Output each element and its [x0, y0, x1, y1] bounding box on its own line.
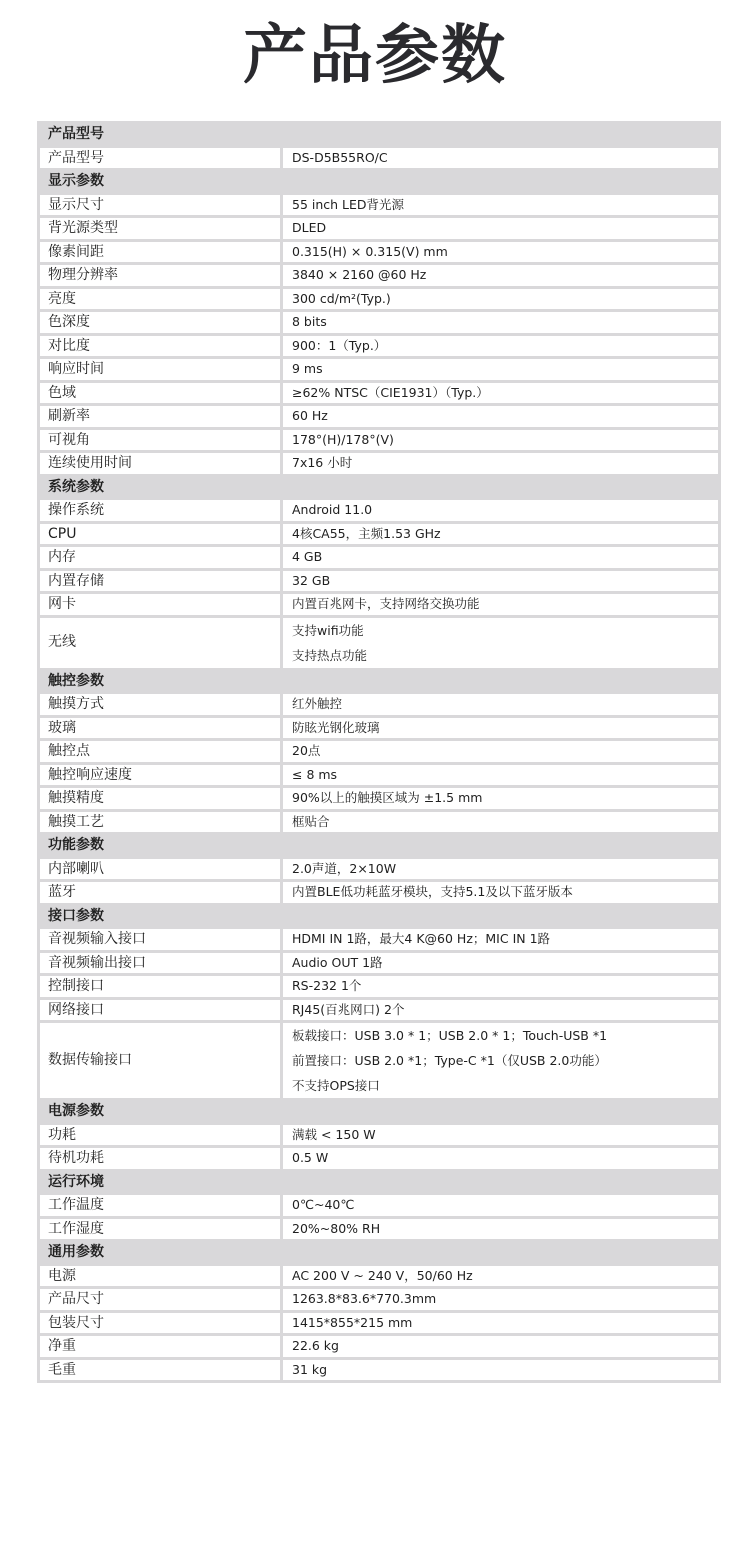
spec-value: 300 cd/m²(Typ.) — [282, 287, 720, 311]
section-header: 接口参数 — [39, 904, 720, 928]
spec-value-line: 0.5 W — [292, 1150, 328, 1165]
spec-label: 背光源类型 — [39, 217, 282, 241]
section-header-row: 电源参数 — [39, 1100, 720, 1124]
spec-label: 内置存储 — [39, 569, 282, 593]
spec-value: HDMI IN 1路，最大4 K@60 Hz；MIC IN 1路 — [282, 928, 720, 952]
spec-value-line: 178°(H)/178°(V) — [292, 432, 394, 447]
table-row: 触摸精度90%以上的触摸区域为 ±1.5 mm — [39, 787, 720, 811]
table-row: CPU4核CA55，主频1.53 GHz — [39, 522, 720, 546]
spec-label: 触控响应速度 — [39, 763, 282, 787]
spec-label: 色域 — [39, 381, 282, 405]
spec-value-line: 内置百兆网卡，支持网络交换功能 — [292, 596, 480, 611]
table-row: 色深度8 bits — [39, 311, 720, 335]
spec-value: 20点 — [282, 740, 720, 764]
table-row: 数据传输接口板载接口：USB 3.0 * 1；USB 2.0 * 1；Touch… — [39, 1022, 720, 1100]
spec-value: RJ45(百兆网口) 2个 — [282, 998, 720, 1022]
spec-value-line: 55 inch LED背光源 — [292, 197, 404, 212]
spec-value: 红外触控 — [282, 693, 720, 717]
table-row: 连续使用时间7x16 小时 — [39, 452, 720, 476]
spec-value-line: RJ45(百兆网口) 2个 — [292, 1002, 404, 1017]
spec-value: Audio OUT 1路 — [282, 951, 720, 975]
spec-value: ≥62% NTSC（CIE1931）（Typ.） — [282, 381, 720, 405]
table-row: 内存4 GB — [39, 546, 720, 570]
spec-value: 0.5 W — [282, 1147, 720, 1171]
spec-value: 55 inch LED背光源 — [282, 193, 720, 217]
spec-value: 4 GB — [282, 546, 720, 570]
spec-label: 待机功耗 — [39, 1147, 282, 1171]
spec-label: 产品尺寸 — [39, 1288, 282, 1312]
spec-value-line: 内置BLE低功耗蓝牙模块，支持5.1及以下蓝牙版本 — [292, 884, 573, 899]
spec-value-line: 20%~80% RH — [292, 1221, 380, 1236]
spec-label: 刷新率 — [39, 405, 282, 429]
spec-label: 可视角 — [39, 428, 282, 452]
spec-value-line: HDMI IN 1路，最大4 K@60 Hz；MIC IN 1路 — [292, 931, 550, 946]
spec-label: 网络接口 — [39, 998, 282, 1022]
table-row: 毛重31 kg — [39, 1358, 720, 1382]
section-header-row: 功能参数 — [39, 834, 720, 858]
spec-value: 防眩光钢化玻璃 — [282, 716, 720, 740]
spec-label: 玻璃 — [39, 716, 282, 740]
table-row: 色域≥62% NTSC（CIE1931）（Typ.） — [39, 381, 720, 405]
spec-value-line: 满载 < 150 W — [292, 1127, 376, 1142]
spec-label: 对比度 — [39, 334, 282, 358]
spec-label: 音视频输入接口 — [39, 928, 282, 952]
spec-value-line: 8 bits — [292, 314, 327, 329]
spec-table-body: 产品型号产品型号DS-D5B55RO/C显示参数显示尺寸55 inch LED背… — [39, 123, 720, 1382]
spec-value: 22.6 kg — [282, 1335, 720, 1359]
spec-value-line: 20点 — [292, 743, 320, 758]
section-header: 产品型号 — [39, 123, 720, 147]
table-row: 响应时间9 ms — [39, 358, 720, 382]
spec-value: DS-D5B55RO/C — [282, 146, 720, 170]
spec-value-line: 0.315(H) × 0.315(V) mm — [292, 244, 448, 259]
spec-value: 0℃~40℃ — [282, 1194, 720, 1218]
spec-value: 31 kg — [282, 1358, 720, 1382]
spec-value: 满载 < 150 W — [282, 1123, 720, 1147]
table-row: 像素间距0.315(H) × 0.315(V) mm — [39, 240, 720, 264]
spec-value: 4核CA55，主频1.53 GHz — [282, 522, 720, 546]
spec-value: 8 bits — [282, 311, 720, 335]
spec-label: 数据传输接口 — [39, 1022, 282, 1100]
spec-label: 产品型号 — [39, 146, 282, 170]
section-header-row: 运行环境 — [39, 1170, 720, 1194]
table-row: 电源AC 200 V ~ 240 V，50/60 Hz — [39, 1264, 720, 1288]
spec-value-line: ≤ 8 ms — [292, 767, 337, 782]
spec-label: 触摸精度 — [39, 787, 282, 811]
spec-label: 包装尺寸 — [39, 1311, 282, 1335]
spec-value: 1415*855*215 mm — [282, 1311, 720, 1335]
spec-value-line: 红外触控 — [292, 696, 342, 711]
table-row: 工作湿度20%~80% RH — [39, 1217, 720, 1241]
spec-value-line: 前置接口：USB 2.0 *1；Type-C *1（仅USB 2.0功能） — [292, 1048, 710, 1073]
spec-label: 音视频输出接口 — [39, 951, 282, 975]
spec-table: 产品型号产品型号DS-D5B55RO/C显示参数显示尺寸55 inch LED背… — [37, 121, 721, 1383]
spec-value-line: 60 Hz — [292, 408, 328, 423]
spec-label: 内部喇叭 — [39, 857, 282, 881]
table-row: 工作温度0℃~40℃ — [39, 1194, 720, 1218]
spec-label: 电源 — [39, 1264, 282, 1288]
spec-value: 0.315(H) × 0.315(V) mm — [282, 240, 720, 264]
section-header: 电源参数 — [39, 1100, 720, 1124]
spec-value-line: 1415*855*215 mm — [292, 1315, 412, 1330]
spec-value: 3840 × 2160 @60 Hz — [282, 264, 720, 288]
spec-label: 工作湿度 — [39, 1217, 282, 1241]
section-header: 显示参数 — [39, 170, 720, 194]
spec-value: 90%以上的触摸区域为 ±1.5 mm — [282, 787, 720, 811]
spec-value: 2.0声道，2×10W — [282, 857, 720, 881]
table-row: 亮度300 cd/m²(Typ.) — [39, 287, 720, 311]
table-row: 可视角178°(H)/178°(V) — [39, 428, 720, 452]
spec-label: 工作温度 — [39, 1194, 282, 1218]
table-row: 音视频输出接口Audio OUT 1路 — [39, 951, 720, 975]
table-row: 触摸方式红外触控 — [39, 693, 720, 717]
table-row: 刷新率60 Hz — [39, 405, 720, 429]
spec-value-line: 4 GB — [292, 549, 322, 564]
spec-value: ≤ 8 ms — [282, 763, 720, 787]
table-row: 背光源类型DLED — [39, 217, 720, 241]
spec-label: 触摸方式 — [39, 693, 282, 717]
spec-label: 显示尺寸 — [39, 193, 282, 217]
table-row: 网络接口RJ45(百兆网口) 2个 — [39, 998, 720, 1022]
spec-label: 净重 — [39, 1335, 282, 1359]
section-header-row: 产品型号 — [39, 123, 720, 147]
spec-value: 9 ms — [282, 358, 720, 382]
table-row: 触控点20点 — [39, 740, 720, 764]
page-title: 产品参数 — [0, 12, 750, 100]
spec-value-line: 7x16 小时 — [292, 455, 352, 470]
spec-value: RS-232 1个 — [282, 975, 720, 999]
spec-value-line: DLED — [292, 220, 326, 235]
spec-value-line: DS-D5B55RO/C — [292, 150, 388, 165]
spec-label: 响应时间 — [39, 358, 282, 382]
spec-value: 60 Hz — [282, 405, 720, 429]
spec-value: DLED — [282, 217, 720, 241]
section-header: 通用参数 — [39, 1241, 720, 1265]
spec-label: 触摸工艺 — [39, 810, 282, 834]
spec-value-line: 22.6 kg — [292, 1338, 339, 1353]
spec-value-line: 1263.8*83.6*770.3mm — [292, 1291, 436, 1306]
spec-label: 像素间距 — [39, 240, 282, 264]
spec-label: 内存 — [39, 546, 282, 570]
spec-value: 178°(H)/178°(V) — [282, 428, 720, 452]
spec-value-line: 3840 × 2160 @60 Hz — [292, 267, 426, 282]
spec-value: 板载接口：USB 3.0 * 1；USB 2.0 * 1；Touch-USB *… — [282, 1022, 720, 1100]
section-header-row: 通用参数 — [39, 1241, 720, 1265]
table-row: 触摸工艺框贴合 — [39, 810, 720, 834]
table-row: 无线支持wifi功能支持热点功能 — [39, 616, 720, 669]
spec-label: 色深度 — [39, 311, 282, 335]
spec-value: 20%~80% RH — [282, 1217, 720, 1241]
spec-value-line: 框贴合 — [292, 814, 330, 829]
spec-label: 功耗 — [39, 1123, 282, 1147]
spec-value-line: 4核CA55，主频1.53 GHz — [292, 526, 441, 541]
spec-value-line: AC 200 V ~ 240 V，50/60 Hz — [292, 1268, 473, 1283]
spec-value-line: 32 GB — [292, 573, 330, 588]
table-row: 内置存储32 GB — [39, 569, 720, 593]
spec-value-line: 2.0声道，2×10W — [292, 861, 396, 876]
spec-label: 操作系统 — [39, 499, 282, 523]
spec-value: AC 200 V ~ 240 V，50/60 Hz — [282, 1264, 720, 1288]
spec-value-line: RS-232 1个 — [292, 978, 361, 993]
section-header: 系统参数 — [39, 475, 720, 499]
spec-value: 900：1（Typ.） — [282, 334, 720, 358]
spec-value-line: 支持热点功能 — [292, 643, 710, 668]
spec-value: Android 11.0 — [282, 499, 720, 523]
section-header-row: 触控参数 — [39, 669, 720, 693]
spec-value-line: 300 cd/m²(Typ.) — [292, 291, 391, 306]
spec-value-line: 板载接口：USB 3.0 * 1；USB 2.0 * 1；Touch-USB *… — [292, 1023, 710, 1048]
spec-value-line: 防眩光钢化玻璃 — [292, 720, 380, 735]
table-row: 功耗满载 < 150 W — [39, 1123, 720, 1147]
section-header: 功能参数 — [39, 834, 720, 858]
spec-label: CPU — [39, 522, 282, 546]
spec-value: 内置百兆网卡，支持网络交换功能 — [282, 593, 720, 617]
spec-label: 控制接口 — [39, 975, 282, 999]
spec-value-line: 0℃~40℃ — [292, 1197, 354, 1212]
spec-value-line: Android 11.0 — [292, 502, 372, 517]
table-row: 产品尺寸1263.8*83.6*770.3mm — [39, 1288, 720, 1312]
spec-label: 亮度 — [39, 287, 282, 311]
spec-value-line: 90%以上的触摸区域为 ±1.5 mm — [292, 790, 482, 805]
table-row: 内部喇叭2.0声道，2×10W — [39, 857, 720, 881]
spec-label: 连续使用时间 — [39, 452, 282, 476]
table-row: 净重22.6 kg — [39, 1335, 720, 1359]
spec-value: 内置BLE低功耗蓝牙模块，支持5.1及以下蓝牙版本 — [282, 881, 720, 905]
spec-value: 32 GB — [282, 569, 720, 593]
spec-value-line: Audio OUT 1路 — [292, 955, 383, 970]
table-row: 玻璃防眩光钢化玻璃 — [39, 716, 720, 740]
spec-value-line: 31 kg — [292, 1362, 327, 1377]
spec-value-line: 支持wifi功能 — [292, 618, 710, 643]
spec-value: 7x16 小时 — [282, 452, 720, 476]
spec-value-line: 不支持OPS接口 — [292, 1073, 710, 1098]
spec-value: 1263.8*83.6*770.3mm — [282, 1288, 720, 1312]
spec-label: 物理分辨率 — [39, 264, 282, 288]
table-row: 物理分辨率3840 × 2160 @60 Hz — [39, 264, 720, 288]
table-row: 显示尺寸55 inch LED背光源 — [39, 193, 720, 217]
table-row: 触控响应速度≤ 8 ms — [39, 763, 720, 787]
section-header-row: 接口参数 — [39, 904, 720, 928]
spec-label: 蓝牙 — [39, 881, 282, 905]
table-row: 网卡内置百兆网卡，支持网络交换功能 — [39, 593, 720, 617]
spec-value: 支持wifi功能支持热点功能 — [282, 616, 720, 669]
section-header-row: 显示参数 — [39, 170, 720, 194]
spec-label: 网卡 — [39, 593, 282, 617]
table-row: 待机功耗0.5 W — [39, 1147, 720, 1171]
section-header: 触控参数 — [39, 669, 720, 693]
section-header-row: 系统参数 — [39, 475, 720, 499]
spec-value-line: 900：1（Typ.） — [292, 338, 386, 353]
table-row: 控制接口RS-232 1个 — [39, 975, 720, 999]
spec-value-line: ≥62% NTSC（CIE1931）（Typ.） — [292, 385, 489, 400]
spec-value: 框贴合 — [282, 810, 720, 834]
table-row: 对比度900：1（Typ.） — [39, 334, 720, 358]
table-row: 产品型号DS-D5B55RO/C — [39, 146, 720, 170]
table-row: 包装尺寸1415*855*215 mm — [39, 1311, 720, 1335]
table-row: 操作系统Android 11.0 — [39, 499, 720, 523]
spec-value-line: 9 ms — [292, 361, 323, 376]
spec-label: 触控点 — [39, 740, 282, 764]
spec-label: 毛重 — [39, 1358, 282, 1382]
spec-label: 无线 — [39, 616, 282, 669]
table-row: 音视频输入接口HDMI IN 1路，最大4 K@60 Hz；MIC IN 1路 — [39, 928, 720, 952]
table-row: 蓝牙内置BLE低功耗蓝牙模块，支持5.1及以下蓝牙版本 — [39, 881, 720, 905]
section-header: 运行环境 — [39, 1170, 720, 1194]
